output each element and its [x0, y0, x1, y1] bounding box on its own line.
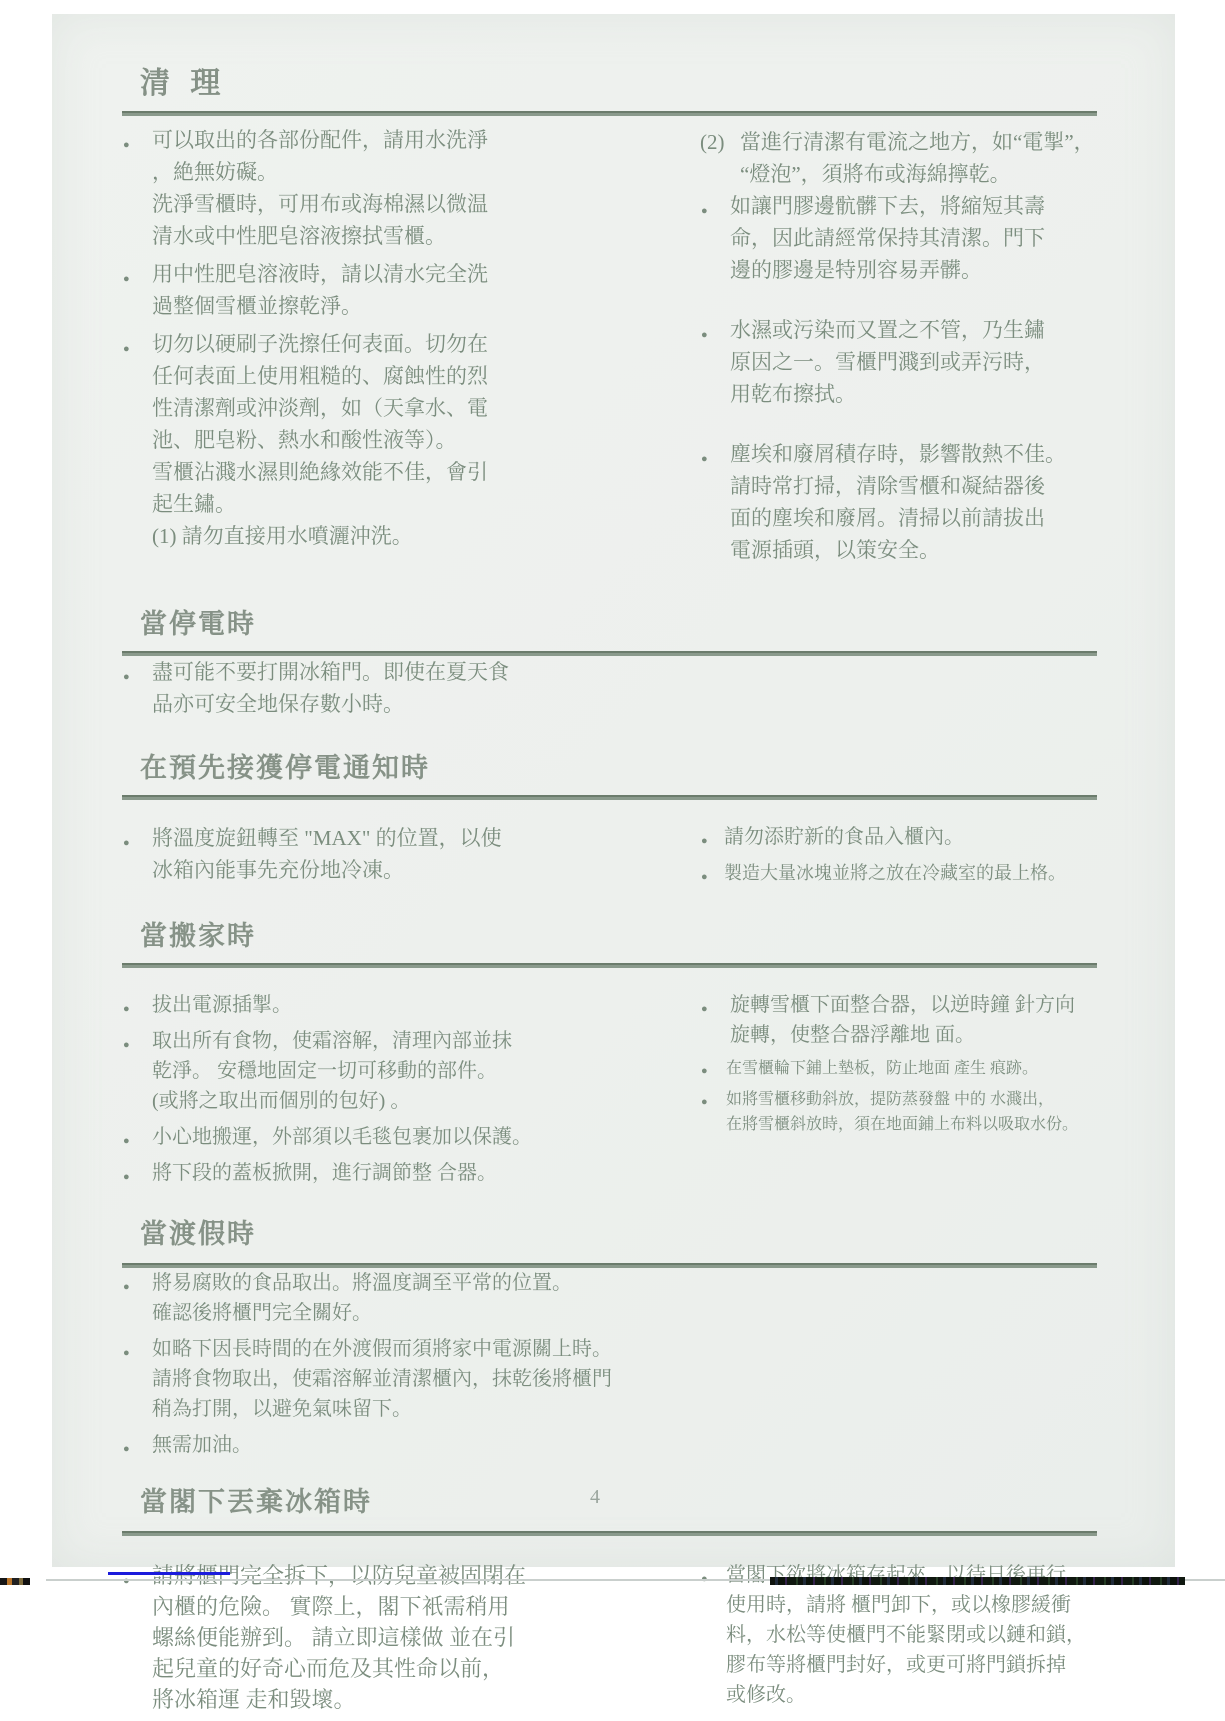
bullet-icon	[701, 439, 708, 475]
bullet-icon	[701, 859, 708, 892]
bullet-icon	[123, 259, 130, 295]
section-heading-power-failure: 當停電時	[140, 602, 1097, 641]
section-rule	[122, 1531, 1097, 1536]
bullet-icon	[123, 1159, 130, 1192]
list-item: 如將雪櫃移動斜放，提防蒸發盤 中的 水濺出， 在將雪櫃斜放時，須在地面鋪上布料以…	[700, 1087, 1097, 1137]
list-item: 將溫度旋鈕轉至 "MAX" 的位置，以使 冰箱內能事先充份地冷凍。	[122, 822, 640, 886]
bullet-icon	[701, 315, 708, 351]
bullet-icon	[701, 191, 708, 227]
section-heading-advance-notice: 在預先接獲停電通知時	[140, 746, 1097, 785]
bullet-icon	[123, 657, 130, 693]
scanned-manual-page: { "page": { "number": "4" }, "doc": { "t…	[0, 0, 1225, 1585]
list-item: 請將櫃門完全拆下，以防兒童被固閉在 內櫃的危險。 實際上，閣下衹需稍用 螺絲便能…	[122, 1560, 640, 1715]
list-item: 旋轉雪櫃下面整合器，以逆時鐘 針方向 旋轉，使整合器浮離地 面。	[700, 990, 1097, 1050]
section-heading-vacation: 當渡假時	[140, 1212, 1097, 1251]
list-item: 小心地搬運，外部須以毛毯包裹加以保護。	[122, 1122, 640, 1152]
bullet-icon	[123, 329, 130, 365]
scan-artifact-corner-dots	[0, 1578, 46, 1585]
list-item: 可以取出的各部份配件，請用水洗淨 ，絶無妨礙。 洗淨雪櫃時，可用布或海棉濕以微温…	[122, 124, 640, 252]
section-advance-notice: 將溫度旋鈕轉至 "MAX" 的位置，以使 冰箱內能事先充份地冷凍。 請勿添貯新的…	[122, 822, 1097, 894]
cleaning-left-list: 可以取出的各部份配件，請用水洗淨 ，絶無妨礙。 洗淨雪櫃時，可用布或海棉濕以微温…	[122, 124, 640, 558]
scan-artifact-blue-line	[108, 1572, 230, 1575]
title-rule	[122, 111, 1097, 116]
vacation-list: 將易腐敗的食品取出。將溫度調至平常的位置。 確認後將櫃門完全關好。 如略下因長時…	[122, 1268, 1097, 1460]
advance-left-list: 將溫度旋鈕轉至 "MAX" 的位置，以使 冰箱內能事先充份地冷凍。	[122, 822, 640, 892]
moving-right-column: 旋轉雪櫃下面整合器，以逆時鐘 針方向 旋轉，使整合器浮離地 面。 在雪櫃輪下鋪上…	[700, 990, 1097, 1143]
list-item: 將下段的蓋板掀開，進行調節整 合器。	[122, 1158, 640, 1188]
list-item: 拔出電源插掣。	[122, 990, 640, 1020]
list-item: 將易腐敗的食品取出。將溫度調至平常的位置。 確認後將櫃門完全關好。	[122, 1268, 1097, 1328]
page-scan-area: 清 理 可以取出的各部份配件，請用水洗淨 ，絶無妨礙。 洗淨雪櫃時，可用布或海棉…	[52, 14, 1175, 1567]
bullet-icon	[123, 1335, 130, 1368]
list-item: 水濕或污染而又置之不管，乃生鏽 原因之一。雪櫃門濺到或弄污時， 用乾布擦拭。	[700, 314, 1097, 410]
power-failure-list: 盡可能不要打開冰箱門。即使在夏天食 品亦可安全地保存數小時。	[122, 656, 1097, 720]
list-item: 如略下因長時間的在外渡假而須將家中電源關上時。 請將食物取出，使霜溶解並清潔櫃內…	[122, 1334, 1097, 1424]
moving-left-list: 拔出電源插掣。 取出所有食物，使霜溶解，清理內部並抹 乾淨。 安穩地固定一切可移…	[122, 990, 640, 1194]
moving-right-small-list: 在雪櫃輪下鋪上墊板，防止地面 產生 痕跡。 如將雪櫃移動斜放，提防蒸發盤 中的 …	[700, 1056, 1097, 1137]
list-item: 如讓門膠邊骯髒下去，將縮短其壽 命，因此請經常保持其清潔。門下 邊的膠邊是特別容…	[700, 190, 1097, 286]
list-item: 製造大量冰塊並將之放在冷藏室的最上格。	[700, 858, 1097, 888]
numbered-note: (2) 當進行清潔有電流之地方，如“電掣”， “燈泡”，須將布或海綿擰乾。	[700, 126, 1097, 190]
list-item: 在雪櫃輪下鋪上墊板，防止地面 產生 痕跡。	[700, 1056, 1097, 1081]
list-item: 取出所有食物，使霜溶解，清理內部並抹 乾淨。 安穩地固定一切可移動的部件。 (或…	[122, 1026, 640, 1116]
moving-right-list: 旋轉雪櫃下面整合器，以逆時鐘 針方向 旋轉，使整合器浮離地 面。	[700, 990, 1097, 1050]
section-heading-disposal: 當閣下丟棄冰箱時	[140, 1480, 1097, 1519]
section-cleaning: 可以取出的各部份配件，請用水洗淨 ，絶無妨礙。 洗淨雪櫃時，可用布或海棉濕以微温…	[122, 124, 1097, 572]
bullet-icon	[123, 823, 130, 859]
section-heading-moving: 當搬家時	[140, 914, 1097, 953]
scan-artifact-noise-strip	[770, 1577, 1185, 1585]
page-number: 4	[590, 1486, 600, 1509]
number-marker: (2)	[700, 126, 725, 158]
bullet-icon	[123, 1123, 130, 1156]
bullet-icon	[701, 1088, 708, 1115]
section-moving: 拔出電源插掣。 取出所有食物，使霜溶解，清理內部並抹 乾淨。 安穩地固定一切可移…	[122, 990, 1097, 1194]
bullet-icon	[123, 125, 130, 161]
bullet-icon	[701, 1561, 708, 1594]
cleaning-right-list: 如讓門膠邊骯髒下去，將縮短其壽 命，因此請經常保持其清潔。門下 邊的膠邊是特別容…	[700, 190, 1097, 566]
bullet-icon	[701, 991, 708, 1024]
list-item: 塵埃和廢屑積存時，影響散熱不佳。 請時常打掃，清除雪櫃和凝結器後 面的塵埃和廢屑…	[700, 438, 1097, 566]
bullet-icon	[123, 1269, 130, 1302]
list-item: 切勿以硬刷子洗擦任何表面。切勿在 任何表面上使用粗糙的、腐蝕性的烈 性清潔劑或沖…	[122, 328, 640, 552]
advance-right-list: 請勿添貯新的食品入櫃內。 製造大量冰塊並將之放在冷藏室的最上格。	[700, 822, 1097, 894]
list-item: 請勿添貯新的食品入櫃內。	[700, 822, 1097, 852]
bullet-icon	[123, 991, 130, 1024]
cleaning-right-column: (2) 當進行清潔有電流之地方，如“電掣”， “燈泡”，須將布或海綿擰乾。 如讓…	[700, 124, 1097, 572]
list-item: 用中性肥皂溶液時，請以清水完全洗 過整個雪櫃並擦乾淨。	[122, 258, 640, 322]
bullet-icon	[701, 1057, 708, 1084]
bullet-icon	[701, 823, 708, 856]
section-rule	[122, 963, 1097, 968]
page-title: 清 理	[140, 58, 1097, 102]
bullet-icon	[123, 1027, 130, 1060]
disposal-left-list: 請將櫃門完全拆下，以防兒童被固閉在 內櫃的危險。 實際上，閣下衹需稍用 螺絲便能…	[122, 1560, 640, 1721]
page-content: 清 理 可以取出的各部份配件，請用水洗淨 ，絶無妨礙。 洗淨雪櫃時，可用布或海棉…	[122, 14, 1097, 1721]
list-item: 盡可能不要打開冰箱門。即使在夏天食 品亦可安全地保存數小時。	[122, 656, 1097, 720]
section-rule	[122, 795, 1097, 800]
list-item: 無需加油。	[122, 1430, 1097, 1460]
bullet-icon	[123, 1431, 130, 1464]
